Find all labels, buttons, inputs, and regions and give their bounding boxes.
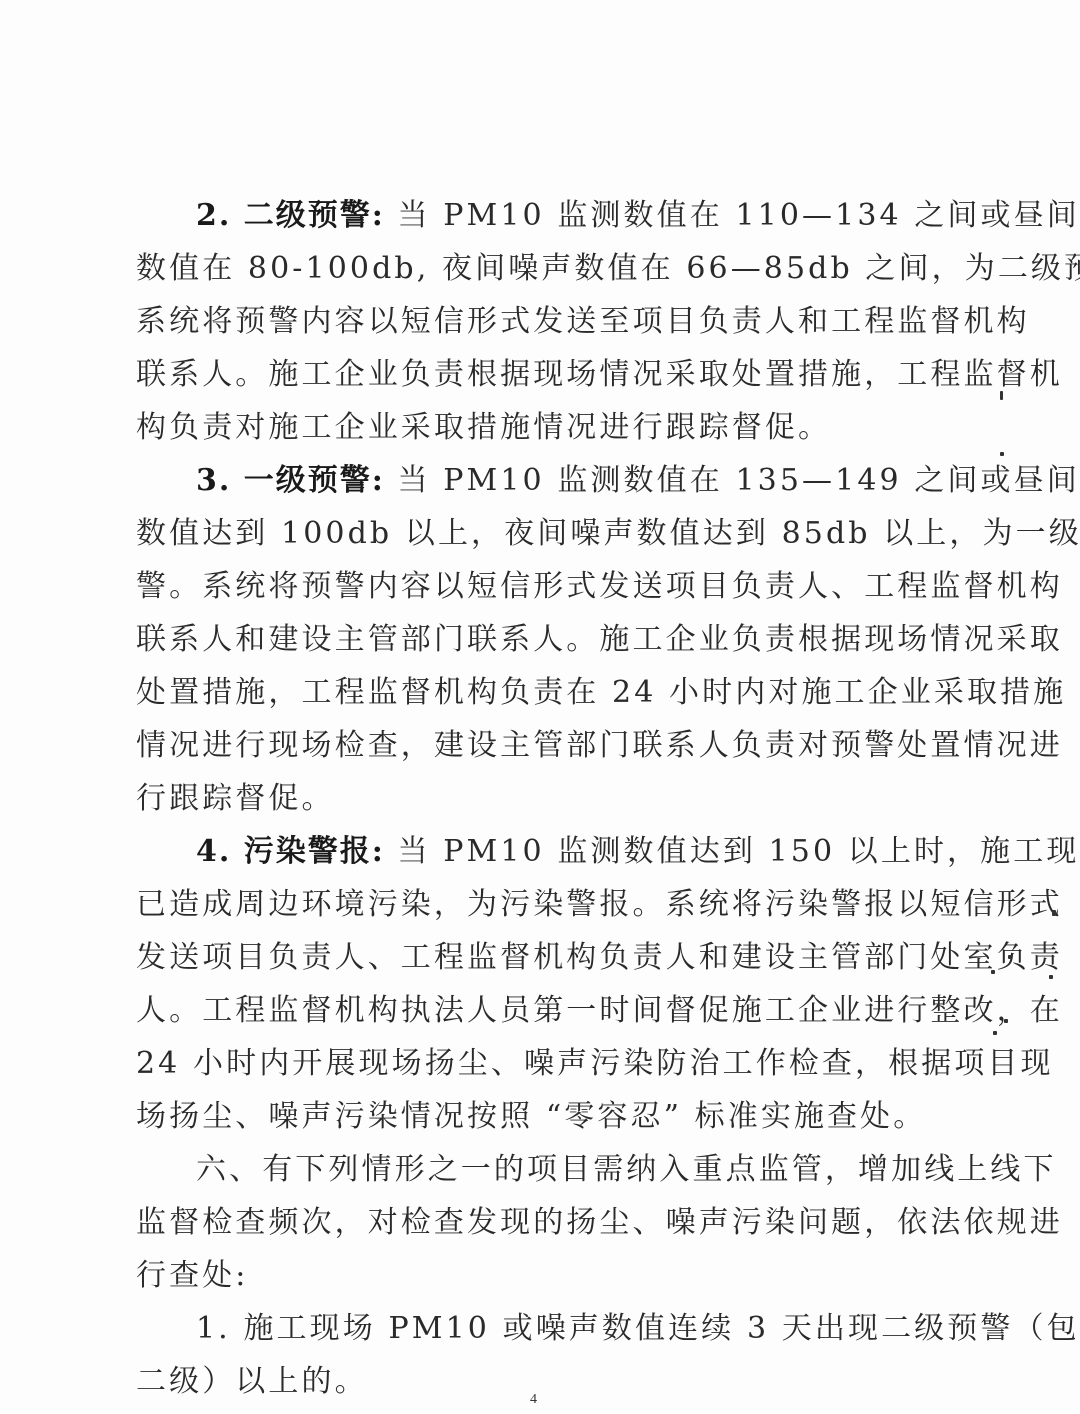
paragraph-line: 系统将预警内容以短信形式发送至项目负责人和工程监督机构 <box>136 302 946 342</box>
paragraph-line: 警。系统将预警内容以短信形式发送项目负责人、工程监督机构 <box>136 567 946 607</box>
scan-speck <box>1049 975 1053 979</box>
section-heading-pollution-alarm: 4. 污染警报: <box>196 834 385 869</box>
scan-speck <box>1000 391 1003 400</box>
paragraph-line: 行跟踪督促。 <box>136 779 946 819</box>
paragraph-line: 已造成周边环境污染，为污染警报。系统将污染警报以短信形式 <box>136 885 946 925</box>
paragraph-line: 场扬尘、噪声污染情况按照 “零容忍” 标准实施查处。 <box>136 1097 946 1137</box>
paragraph-line: 行查处: <box>136 1256 946 1296</box>
scan-speck <box>1008 955 1012 959</box>
scan-speck <box>1052 910 1056 916</box>
paragraph-line: 4. 污染警报: 当 PM10 监测数值达到 150 以上时，施工现场 <box>196 832 946 872</box>
paragraph-line: 发送项目负责人、工程监督机构负责人和建设主管部门处室负责 <box>136 938 946 978</box>
paragraph-line: 联系人和建设主管部门联系人。施工企业负责根据现场情况采取 <box>136 620 946 660</box>
scan-speck <box>1004 1019 1008 1023</box>
section-heading-level2: 2. 二级预警: <box>196 198 385 233</box>
paragraph-line: 数值在 80-100db, 夜间噪声数值在 66—85db 之间，为二级预警。 <box>136 249 946 289</box>
paragraph-line: 2. 二级预警: 当 PM10 监测数值在 110—134 之间或昼间噪声 <box>196 196 946 236</box>
paragraph-line: 联系人。施工企业负责根据现场情况采取处置措施，工程监督机 <box>136 355 946 395</box>
list-item-line: 1. 施工现场 PM10 或噪声数值连续 3 天出现二级预警（包含 <box>196 1309 946 1349</box>
scan-speck <box>991 970 995 974</box>
list-item-line: 二级）以上的。 <box>136 1362 946 1402</box>
paragraph-line: 处置措施，工程监督机构负责在 24 小时内对施工企业采取措施 <box>136 673 946 713</box>
paragraph-line: 监督检查频次，对检查发现的扬尘、噪声污染问题，依法依规进 <box>136 1203 946 1243</box>
document-page: 2. 二级预警: 当 PM10 监测数值在 110—134 之间或昼间噪声 数值… <box>0 0 1080 1414</box>
paragraph-line: 3. 一级预警: 当 PM10 监测数值在 135—149 之间或昼间噪声 <box>196 461 946 501</box>
paragraph-line: 构负责对施工企业采取措施情况进行跟踪督促。 <box>136 408 946 448</box>
paragraph-line: 人。工程监督机构执法人员第一时间督促施工企业进行整改，在 <box>136 991 946 1031</box>
scan-speck <box>1000 452 1004 456</box>
paragraph-line: 数值达到 100db 以上，夜间噪声数值达到 85db 以上，为一级预 <box>136 514 946 554</box>
scan-speck <box>993 1031 997 1035</box>
paragraph-line: 24 小时内开展现场扬尘、噪声污染防治工作检查，根据项目现 <box>136 1044 946 1084</box>
section-heading-level1: 3. 一级预警: <box>196 463 385 498</box>
paragraph-line: 情况进行现场检查，建设主管部门联系人负责对预警处置情况进 <box>136 726 946 766</box>
paragraph-line: 六、有下列情形之一的项目需纳入重点监管，增加线上线下 <box>196 1150 946 1190</box>
page-number: 4 <box>530 1392 537 1408</box>
